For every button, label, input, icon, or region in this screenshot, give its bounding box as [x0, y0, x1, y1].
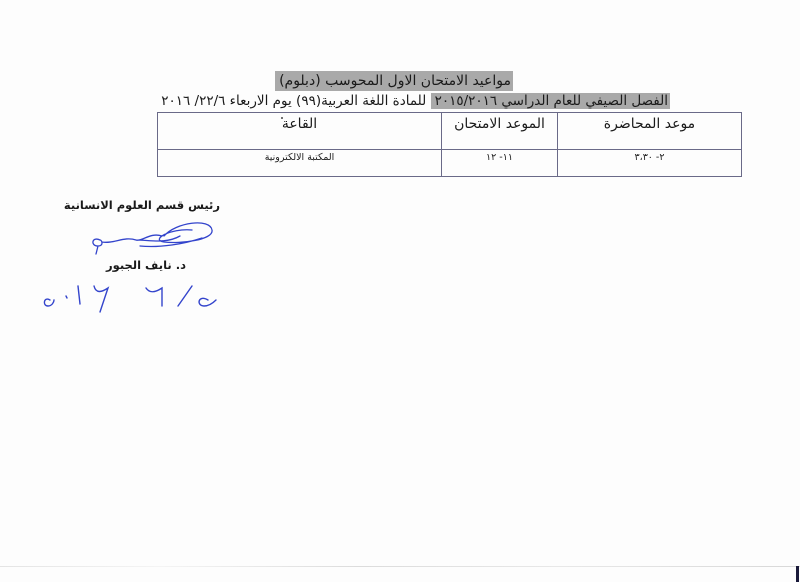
- cell-room: المكتبة الالكترونية: [158, 150, 442, 177]
- course-date-label: للمادة اللغة العربية(٩٩) يوم الاربعاء ٢٢…: [161, 93, 430, 109]
- table-header-row: موعد المحاضرة الموعد الامتحان القاعة: [158, 113, 742, 150]
- handwritten-date-icon: [38, 278, 228, 318]
- cell-lecture-time: ٢- ٣،٣٠: [558, 150, 742, 177]
- semester-label: الفصل الصيفي للعام الدراسي ٢٠١٥/٢٠١٦: [431, 93, 670, 109]
- header-exam-time: الموعد الامتحان: [442, 113, 558, 150]
- header-room: القاعة: [158, 113, 442, 150]
- exam-schedule-table: موعد المحاضرة الموعد الامتحان القاعة ٢- …: [157, 112, 742, 177]
- stray-dot-mark: [281, 117, 283, 119]
- cell-exam-time: ١١- ١٢: [442, 150, 558, 177]
- scanned-document-page: مواعيد الامتحان الاول المحوسب (دبلوم) ال…: [0, 0, 800, 582]
- scan-edge-line: [0, 566, 800, 567]
- header-room-label: القاعة: [282, 116, 317, 132]
- signatory-name: د. نايف الجبور: [106, 258, 186, 272]
- table-row: ٢- ٣،٣٠ ١١- ١٢ المكتبة الالكترونية: [158, 150, 742, 177]
- document-title: مواعيد الامتحان الاول المحوسب (دبلوم): [275, 71, 513, 91]
- document-subtitle: الفصل الصيفي للعام الدراسي ٢٠١٥/٢٠١٦ للم…: [118, 92, 670, 111]
- header-lecture-time: موعد المحاضرة: [558, 113, 742, 150]
- handwritten-signature-icon: [80, 210, 220, 260]
- scan-corner-mark: [796, 566, 799, 582]
